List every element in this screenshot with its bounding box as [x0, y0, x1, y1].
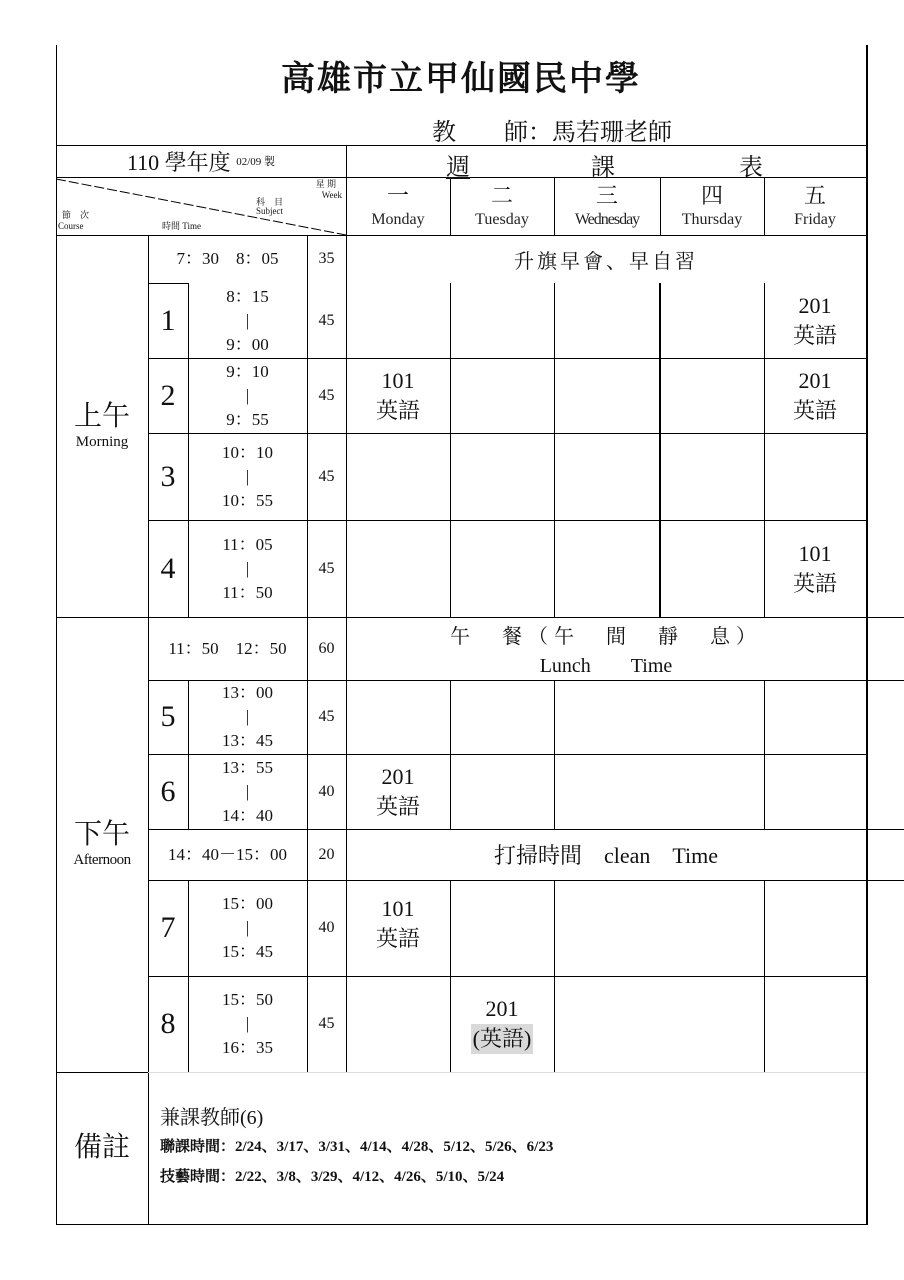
period-number: 5 — [148, 680, 188, 754]
period-start: 11：05 — [222, 533, 272, 557]
period-sep: | — [246, 309, 249, 333]
class-subject-highlighted: (英語) — [471, 1024, 534, 1054]
period-minutes: 40 — [307, 754, 346, 829]
clean-minutes: 20 — [307, 829, 346, 880]
period-sep: | — [246, 705, 249, 729]
period-minutes: 45 — [307, 358, 346, 433]
class-room: 201 — [799, 291, 832, 321]
day-header-tuesday: 二 Tuesday — [450, 178, 554, 235]
period-end: 13：45 — [222, 729, 273, 753]
session-label-en: Morning — [76, 434, 129, 451]
corner-time: 時間 Time — [162, 221, 201, 232]
session-label-zh: 上午 — [74, 400, 130, 434]
period-start: 13：00 — [222, 681, 273, 705]
flag-time: 7：30 8：05 — [148, 235, 307, 283]
day-en: Friday — [794, 209, 836, 231]
clean-time: 14：40－15：00 — [148, 829, 307, 880]
lunch-time: 11：50 12：50 — [148, 617, 307, 680]
class-room: 101 — [382, 366, 415, 396]
class-room: 101 — [382, 894, 415, 924]
day-zh: 二 — [491, 183, 513, 209]
divider — [764, 680, 765, 829]
divider — [148, 1072, 866, 1073]
day-zh: 五 — [804, 183, 826, 209]
class-room: 201 — [799, 366, 832, 396]
period-start: 15：00 — [222, 892, 273, 916]
day-header-wednesday: 三 Wednesday — [554, 178, 660, 235]
divider — [450, 283, 451, 617]
notes-skill-dates: 技藝時間：2/22、3/8、3/29、4/12、4/26、5/10、5/24 — [160, 1162, 860, 1192]
period-sep: | — [246, 1012, 249, 1036]
period-start: 9：10 — [226, 360, 269, 384]
corner-time-en: Time — [182, 221, 201, 231]
day-en: Tuesday — [475, 209, 529, 231]
period-time: 13：00|13：45 — [188, 680, 307, 754]
day-zh: 三 — [596, 183, 618, 209]
period-time: 15：50|16：35 — [188, 976, 307, 1072]
period-time: 9：10|9：55 — [188, 358, 307, 433]
day-zh: 四 — [701, 183, 723, 209]
class-cell-p8-tue[interactable]: 201(英語) — [450, 976, 554, 1072]
lunch-banner: 午 餐（午 間 靜 息） Lunch Time — [346, 617, 866, 680]
session-morning: 上午 Morning — [56, 390, 148, 460]
period-end: 15：45 — [222, 940, 273, 964]
frame-bottom-border — [56, 1224, 868, 1225]
year-date: 02/09 製 — [236, 153, 275, 169]
notes-label: 備註 — [56, 1072, 148, 1224]
school-year: 110 學年度 02/09 製 — [56, 145, 346, 177]
period-number: 8 — [148, 976, 188, 1072]
class-cell-p1-fri[interactable]: 201英語 — [764, 283, 866, 358]
period-number: 3 — [148, 433, 188, 520]
period-sep: | — [246, 557, 249, 581]
class-cell-p2-mon[interactable]: 101英語 — [346, 358, 450, 433]
school-name: 高雄市立甲仙國民中學 — [56, 50, 866, 100]
period-start: 15：50 — [222, 988, 273, 1012]
period-minutes: 45 — [307, 283, 346, 358]
session-label-zh: 下午 — [74, 818, 130, 852]
period-sep: | — [246, 780, 249, 804]
class-subject: 英語 — [376, 396, 420, 426]
teacher-name: 馬若珊老師 — [552, 112, 672, 147]
class-room: 201 — [382, 762, 415, 792]
class-subject: 英語 — [793, 569, 837, 599]
notes-club-dates: 聯課時間：2/24、3/17、3/31、4/14、4/28、5/12、5/26、… — [160, 1132, 860, 1162]
divider — [554, 283, 555, 617]
clean-banner: 打掃時間 clean Time — [346, 829, 866, 880]
class-cell-p2-fri[interactable]: 201英語 — [764, 358, 866, 433]
period-sep: | — [246, 465, 249, 489]
divider — [554, 680, 555, 829]
period-end: 9：00 — [226, 333, 269, 357]
period-sep: | — [246, 916, 249, 940]
table-title: 週 課 表 — [346, 145, 866, 177]
day-en: Thursday — [682, 209, 742, 231]
period-sep: | — [246, 384, 249, 408]
class-cell-p7-mon[interactable]: 101英語 — [346, 880, 450, 976]
session-label-en: Afternoon — [73, 852, 130, 869]
period-number: 7 — [148, 880, 188, 976]
notes-title: 兼課教師(6) — [160, 1104, 860, 1132]
period-number: 4 — [148, 520, 188, 617]
corner-course-en: Course — [58, 221, 84, 232]
class-room: 101 — [799, 539, 832, 569]
period-number: 6 — [148, 754, 188, 829]
period-end: 14：40 — [222, 804, 273, 828]
table-title-char: 表 — [739, 147, 763, 182]
period-time: 13：55|14：40 — [188, 754, 307, 829]
period-end: 9：55 — [226, 408, 269, 432]
day-en: Wednesday — [575, 209, 639, 231]
period-number: 1 — [148, 283, 188, 358]
teacher-line: 教 師： 馬若珊老師 — [432, 112, 672, 146]
class-cell-p6-mon[interactable]: 201英語 — [346, 754, 450, 829]
period-minutes: 40 — [307, 880, 346, 976]
day-header-monday: 一 Monday — [346, 178, 450, 235]
period-start: 8：15 — [226, 285, 269, 309]
corner-time-zh: 時間 — [162, 221, 180, 231]
day-en: Monday — [371, 209, 424, 231]
class-subject: 英語 — [376, 792, 420, 822]
divider — [764, 880, 765, 1072]
corner-week-zh: 星 期 — [316, 179, 336, 190]
table-title-char: 週 — [446, 147, 470, 182]
corner-course-zh: 節 次 — [62, 210, 89, 221]
period-minutes: 45 — [307, 680, 346, 754]
period-time: 15：00|15：45 — [188, 880, 307, 976]
divider — [554, 880, 555, 1072]
period-minutes: 45 — [307, 976, 346, 1072]
period-end: 10：55 — [222, 489, 273, 513]
period-start: 10：10 — [222, 441, 273, 465]
class-room: 201 — [486, 994, 519, 1024]
period-time: 10：10|10：55 — [188, 433, 307, 520]
divider — [450, 680, 451, 829]
lunch-minutes: 60 — [307, 617, 346, 680]
class-cell-p4-fri[interactable]: 101英語 — [764, 520, 866, 617]
flag-ceremony-banner: 升旗早會、早自習 — [346, 235, 866, 283]
class-subject: 英語 — [793, 396, 837, 426]
corner-week-en: Week — [322, 190, 342, 201]
period-minutes: 45 — [307, 433, 346, 520]
session-afternoon: 下午 Afternoon — [56, 812, 148, 874]
period-time: 11：05|11：50 — [188, 520, 307, 617]
frame-right-border — [866, 45, 868, 1225]
corner-subject-en: Subject — [256, 206, 283, 217]
divider — [659, 283, 661, 617]
lunch-label-en: Lunch Time — [540, 649, 673, 678]
corner-header: 星 期 Week 科 目 Subject 節 次 Course 時間 Time — [56, 177, 346, 235]
year-label: 110 學年度 — [127, 146, 231, 177]
period-start: 13：55 — [222, 756, 273, 780]
day-header-friday: 五 Friday — [764, 178, 866, 235]
day-header-thursday: 四 Thursday — [660, 178, 764, 235]
flag-minutes: 35 — [307, 235, 346, 283]
period-end: 11：50 — [222, 581, 272, 605]
table-title-char: 課 — [591, 147, 615, 182]
period-end: 16：35 — [222, 1036, 273, 1060]
notes-content: 兼課教師(6) 聯課時間：2/24、3/17、3/31、4/14、4/28、5/… — [160, 1104, 860, 1192]
period-number: 2 — [148, 358, 188, 433]
lunch-label-zh: 午 餐（午 間 靜 息） — [450, 620, 762, 649]
period-minutes: 45 — [307, 520, 346, 617]
class-subject: 英語 — [793, 321, 837, 351]
teacher-label: 教 師： — [432, 112, 552, 147]
class-subject: 英語 — [376, 924, 420, 954]
day-zh: 一 — [387, 183, 409, 209]
period-time: 8：15|9：00 — [188, 283, 307, 358]
